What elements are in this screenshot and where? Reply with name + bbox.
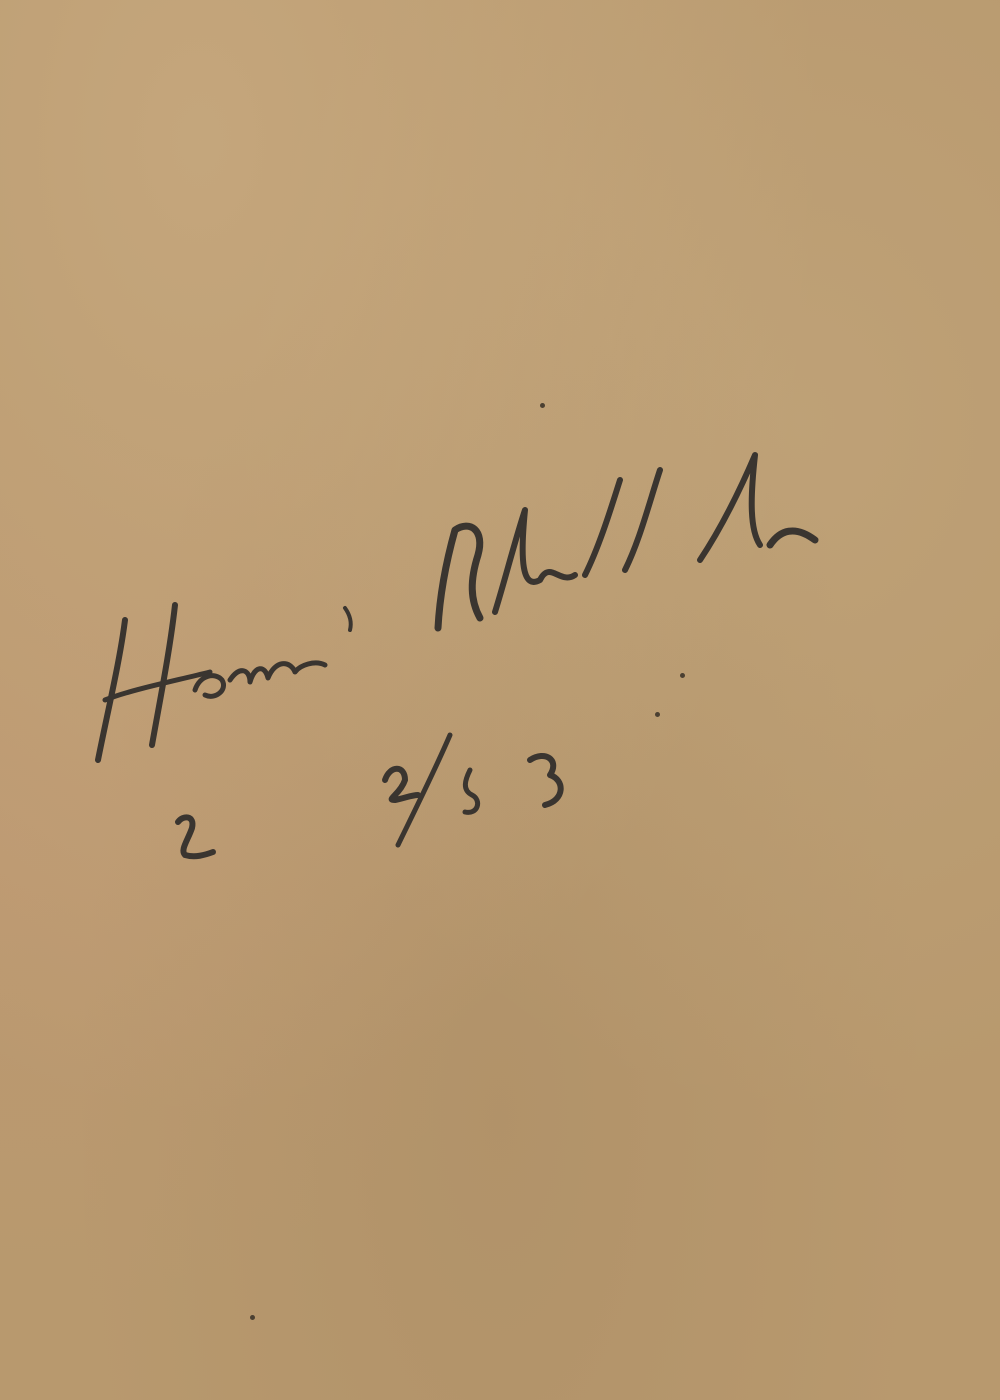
paper-speck	[540, 403, 545, 408]
handwritten-signature	[0, 0, 1000, 1400]
paper-speck	[680, 673, 685, 678]
paper-speck	[250, 1315, 255, 1320]
paper-background: Hom Bhi 2/53 2	[0, 0, 1000, 1400]
paper-speck	[655, 712, 660, 717]
